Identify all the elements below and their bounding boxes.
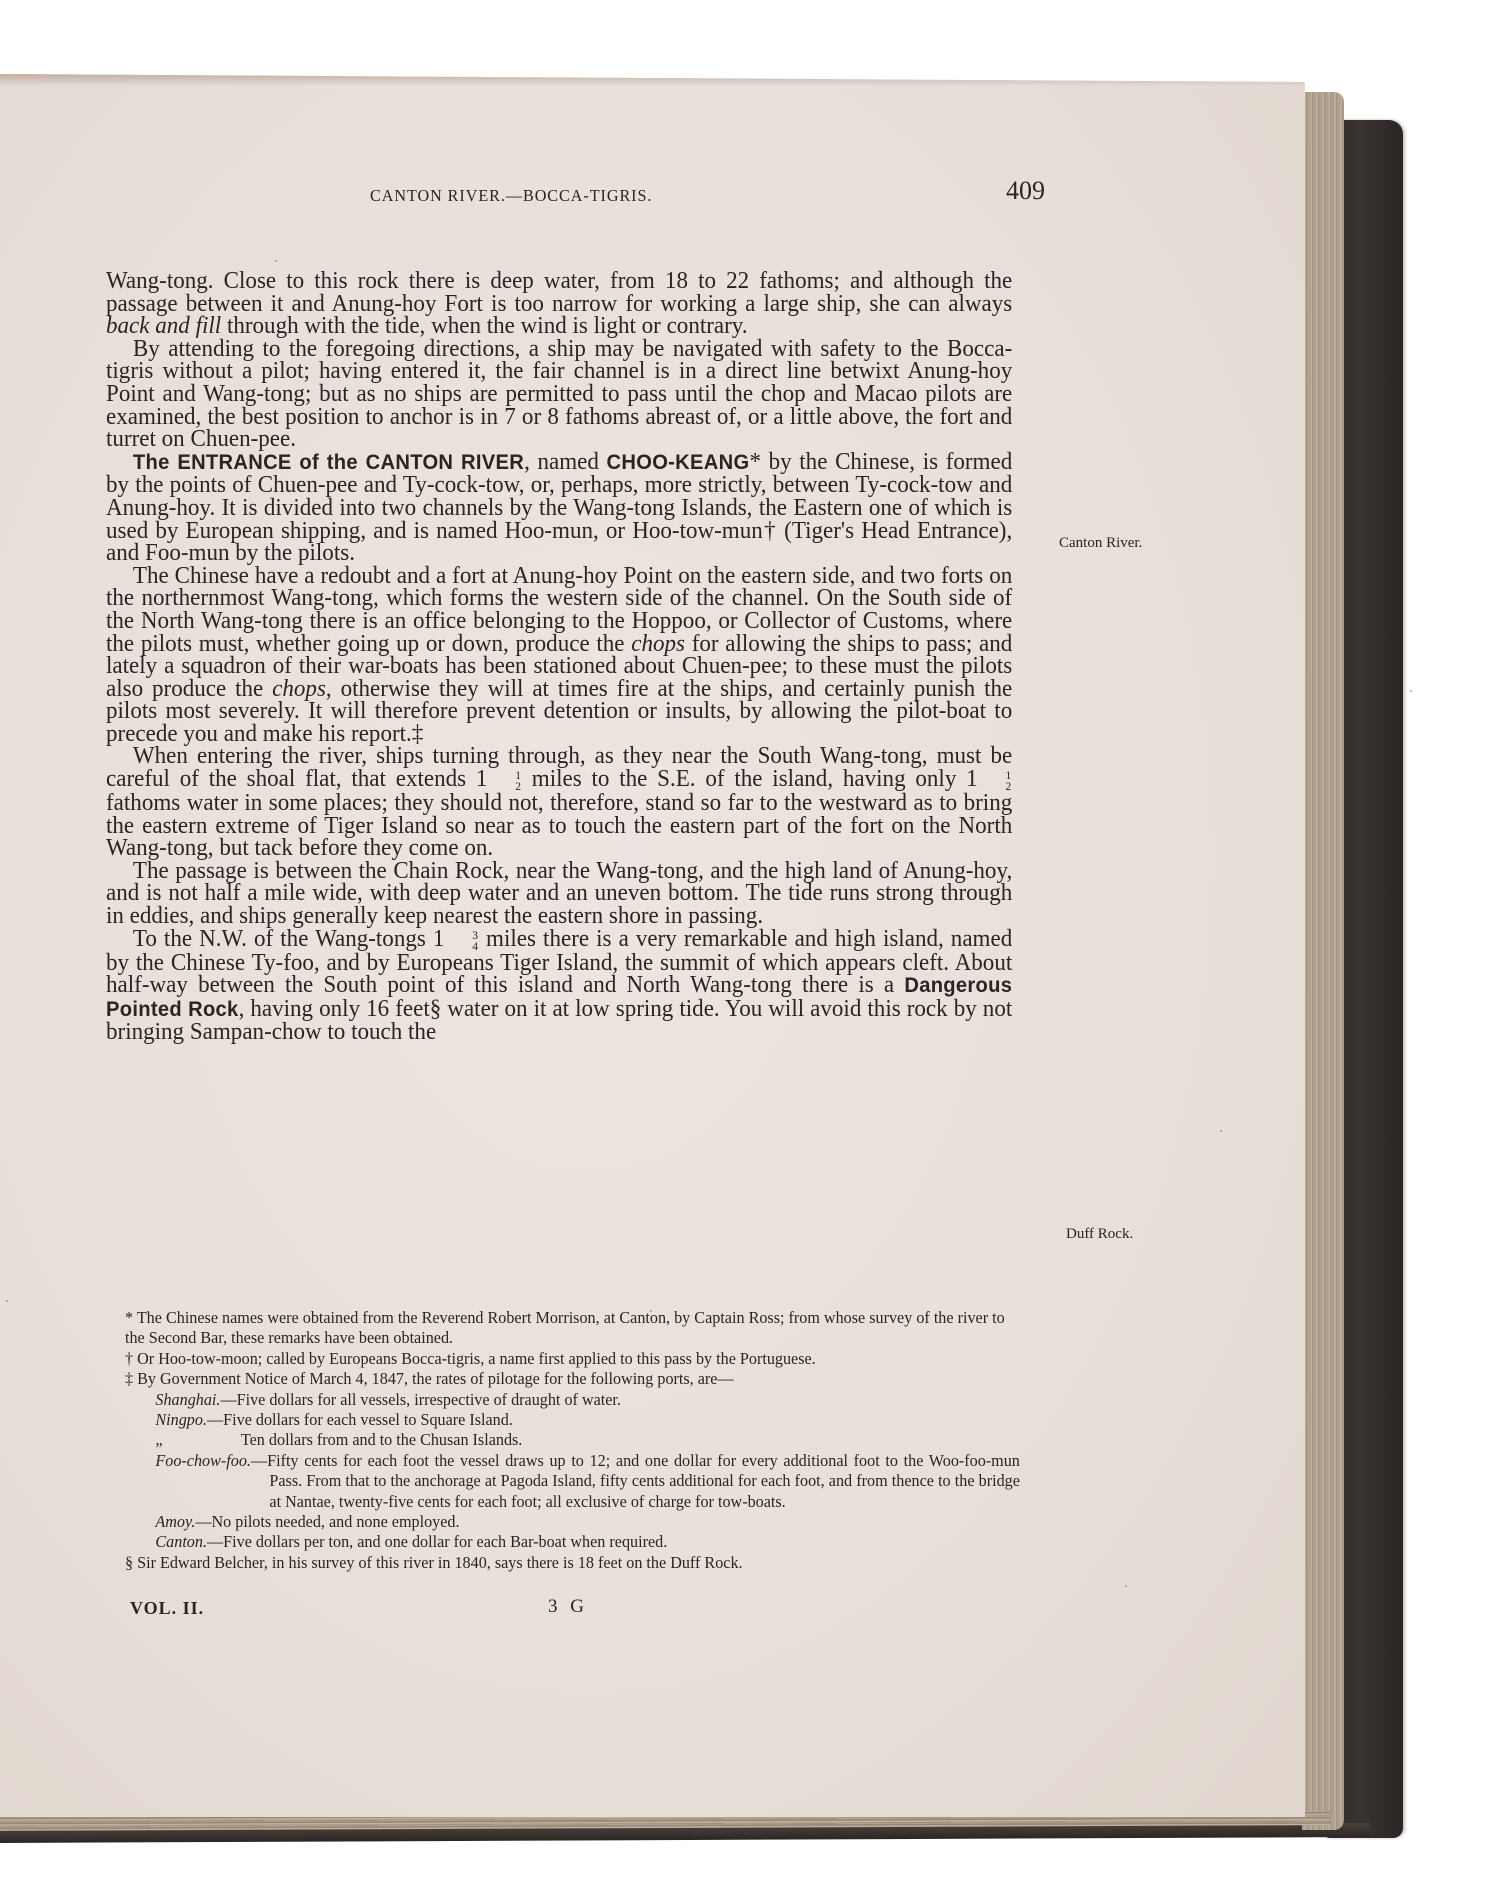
body-text: Wang-tong. Close to this rock there is d… bbox=[106, 270, 1012, 1044]
pilotage-rate-shanghai: Shanghai.—Five dollars for all vessels, … bbox=[106, 1390, 1020, 1410]
bold-heading-entrance: The ENTRANCE of the CANTON RIVER bbox=[133, 451, 524, 474]
paragraph-5: When entering the river, ships turning t… bbox=[106, 745, 1012, 859]
paper-fleck bbox=[1220, 1130, 1222, 1132]
pilotage-rate-amoy: Amoy.—No pilots needed, and none employe… bbox=[106, 1512, 1020, 1532]
paper-fleck bbox=[275, 260, 277, 262]
page-number: 409 bbox=[1006, 176, 1045, 206]
pilotage-rate-foo-chow-foo: Foo-chow-foo.—Fifty cents for each foot … bbox=[106, 1451, 1020, 1512]
paragraph-6: The passage is between the Chain Rock, n… bbox=[106, 860, 1012, 928]
footnote-double-dagger: ‡ By Government Notice of March 4, 1847,… bbox=[106, 1369, 1020, 1389]
footnotes: * The Chinese names were obtained from t… bbox=[106, 1308, 1020, 1573]
pilotage-rate-chusan: „Ten dollars from and to the Chusan Isla… bbox=[106, 1430, 1020, 1450]
footnote-dagger: † Or Hoo-tow-moon; called by Europeans B… bbox=[106, 1349, 1020, 1369]
paragraph-4: The Chinese have a redoubt and a fort at… bbox=[106, 565, 1012, 746]
footnote-star: * The Chinese names were obtained from t… bbox=[106, 1308, 1020, 1349]
margin-note-canton-river: Canton River. bbox=[1059, 535, 1142, 552]
footnote-section: § Sir Edward Belcher, in his survey of t… bbox=[106, 1553, 1020, 1573]
pilotage-rate-ningpo: Ningpo.—Five dollars for each vessel to … bbox=[106, 1410, 1020, 1430]
paragraph-2: By attending to the foregoing directions… bbox=[106, 338, 1012, 451]
fraction-half: 12 bbox=[979, 770, 1012, 792]
paragraph-7: To the N.W. of the Wang-tongs 134 miles … bbox=[106, 928, 1012, 1044]
signature-mark: 3 G bbox=[548, 1596, 588, 1618]
bold-heading-choo-keang: CHOO-KEANG bbox=[607, 451, 750, 474]
paragraph-1: Wang-tong. Close to this rock there is d… bbox=[106, 270, 1012, 338]
paper-fleck bbox=[1410, 690, 1412, 692]
page-block-fore-edge bbox=[1302, 92, 1344, 1830]
book-photograph: CANTON RIVER.—BOCCA-TIGRIS. 409 Wang-ton… bbox=[0, 0, 1490, 1890]
margin-note-duff-rock: Duff Rock. bbox=[1066, 1226, 1133, 1243]
pilotage-rate-canton: Canton.—Five dollars per ton, and one do… bbox=[106, 1532, 1020, 1552]
paper-fleck bbox=[1125, 1585, 1127, 1587]
fraction-three-quarters: 34 bbox=[445, 930, 478, 952]
paragraph-3: The ENTRANCE of the CANTON RIVER, named … bbox=[106, 451, 1012, 565]
running-head: CANTON RIVER.—BOCCA-TIGRIS. bbox=[370, 186, 1016, 206]
fraction-half: 12 bbox=[488, 770, 521, 792]
paper-fleck bbox=[6, 1300, 8, 1302]
volume-label: VOL. II. bbox=[130, 1598, 204, 1619]
